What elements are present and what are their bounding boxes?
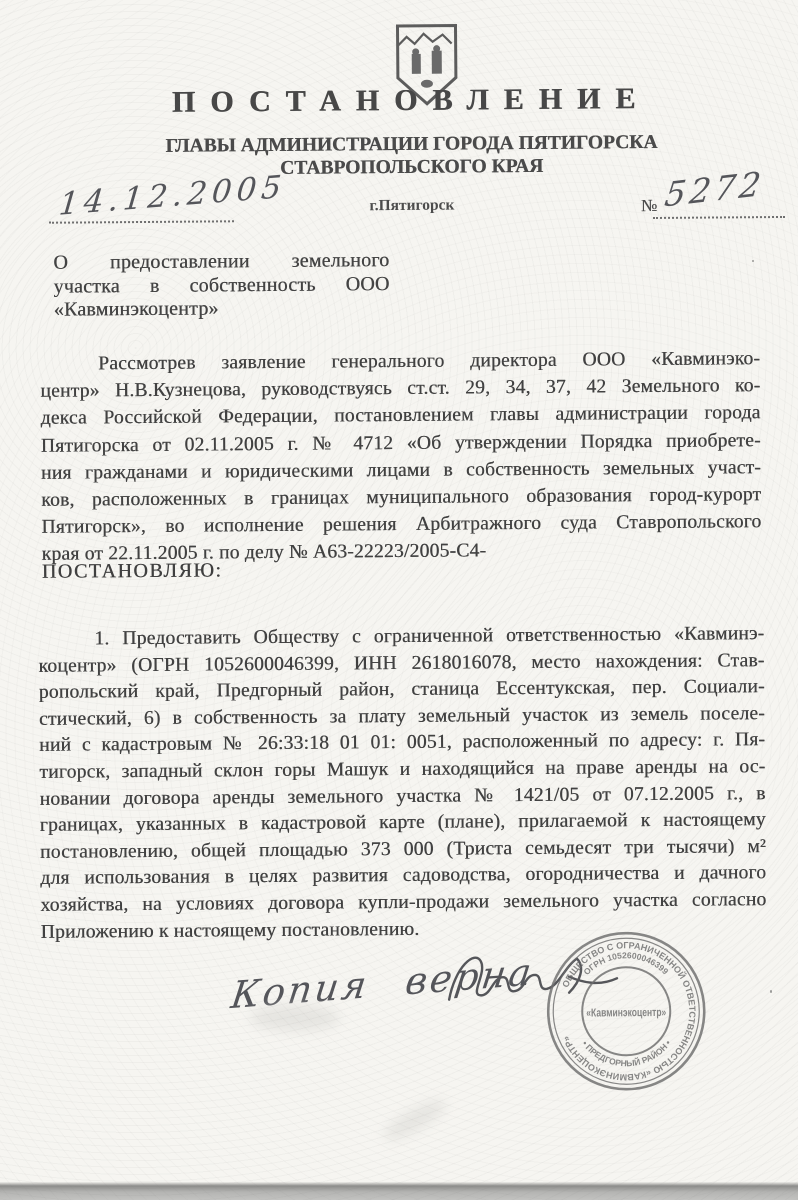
resolve-heading: ПОСТАНОВЛЯЮ: — [42, 559, 223, 583]
scan-smudge — [250, 1005, 340, 1031]
scanner-edge — [0, 1182, 798, 1200]
subject-block: О предоставлении земельного участка в со… — [53, 249, 390, 322]
scan-noise — [770, 990, 772, 993]
item-1-paragraph: 1. Предоставить Обществу с ограниченной … — [38, 621, 766, 946]
number-sign: № — [641, 196, 658, 216]
scanned-document-page: ПОСТАНОВЛЕНИЕ ГЛАВЫ АДМИНИСТРАЦИИ ГОРОДА… — [0, 0, 798, 1200]
subject-line: О предоставлении земельного — [53, 249, 389, 275]
stamp-center-text: «Кавминэкоцентр» — [586, 1007, 666, 1020]
subject-line: «Кавминэкоцентр» — [54, 296, 390, 322]
subject-line: участка в собственность ООО — [53, 273, 389, 299]
number-dotted-line — [653, 216, 785, 219]
preamble-paragraph: Рассмотрев заявление генерального директ… — [40, 345, 762, 568]
date-dotted-line — [49, 220, 234, 223]
scan-noise — [752, 260, 754, 262]
document-title: ПОСТАНОВЛЕНИЕ — [0, 81, 798, 122]
company-stamp: ОБЩЕСТВО С ОГРАНИЧЕННОЙ ОТВЕТСТВЕННОСТЬЮ… — [513, 898, 739, 1124]
